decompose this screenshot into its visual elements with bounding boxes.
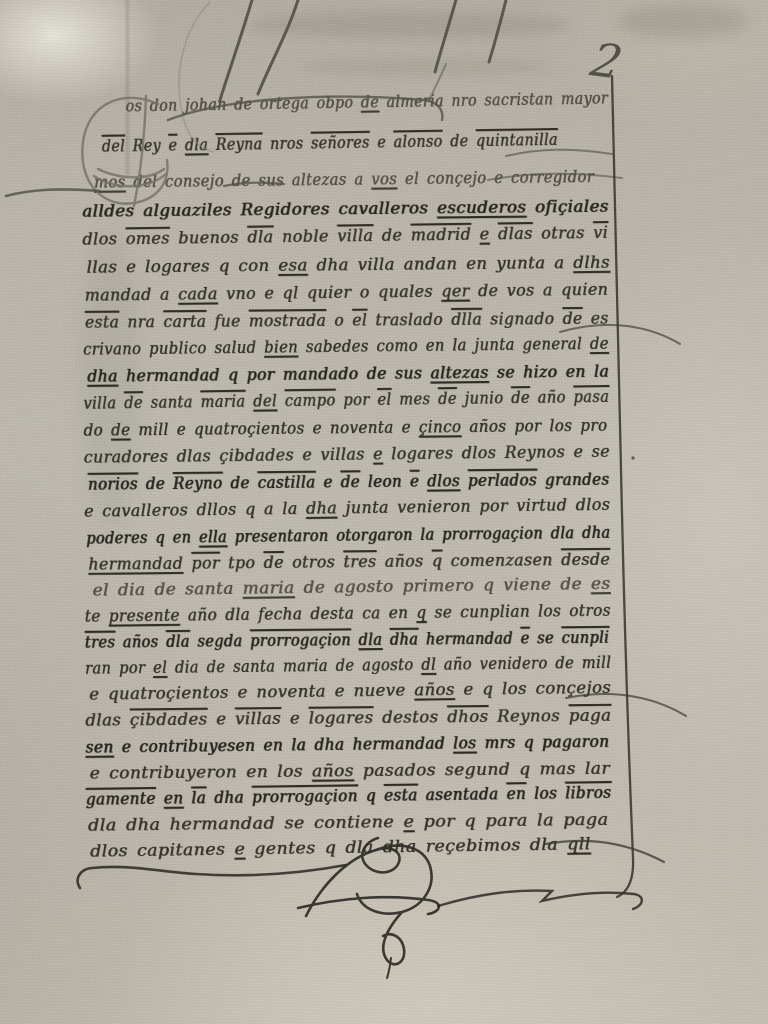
manuscript-word: e	[312, 419, 322, 438]
manuscript-word: junta	[345, 498, 389, 518]
manuscript-line: el dia de santa maria de agosto primero …	[92, 575, 610, 600]
manuscript-word: hermandad	[126, 366, 220, 386]
manuscript-line: mos del consejo de sus altezas a vos el …	[94, 168, 594, 192]
manuscript-word: dlos	[462, 443, 497, 462]
manuscript-word: en	[164, 789, 184, 808]
manuscript-word: fue	[214, 312, 240, 331]
manuscript-word: en	[263, 736, 283, 755]
manuscript-word: Reyna	[215, 134, 262, 154]
manuscript-word: prorrogaçion	[442, 524, 543, 544]
manuscript-word: santa	[150, 392, 192, 412]
manuscript-word: Rey	[132, 136, 161, 155]
manuscript-line: dha hermandad q por mandado de sus altez…	[87, 363, 609, 386]
manuscript-word: sen	[85, 738, 113, 757]
manuscript-word: se	[284, 813, 305, 832]
manuscript-word: por	[343, 390, 370, 409]
manuscript-word: dlos	[575, 495, 610, 514]
manuscript-word: ca	[362, 603, 381, 622]
manuscript-word: os	[125, 96, 142, 115]
manuscript-word: santa	[185, 579, 234, 599]
manuscript-word: do	[83, 421, 103, 440]
manuscript-word: vos	[371, 169, 397, 188]
manuscript-word: q	[324, 838, 336, 857]
manuscript-word: desde	[561, 550, 610, 569]
manuscript-word: q	[464, 811, 476, 830]
manuscript-word: logares	[309, 708, 374, 728]
manuscript-word: libros	[565, 783, 611, 803]
manuscript-word: signado	[490, 309, 554, 329]
manuscript-word: de	[146, 474, 166, 493]
manuscript-word: años	[414, 680, 455, 700]
manuscript-word: por	[514, 416, 541, 435]
manuscript-word: qer	[441, 281, 470, 300]
manuscript-word: prorrogaçion	[252, 786, 358, 806]
manuscript-word: bien	[264, 337, 298, 356]
manuscript-word: a	[554, 253, 564, 272]
manuscript-word: çibdades	[219, 445, 294, 465]
manuscript-word: por	[246, 365, 274, 384]
manuscript-word: los	[502, 679, 527, 698]
manuscript-word: de	[562, 309, 582, 328]
manuscript-word: dlas	[498, 224, 533, 243]
manuscript-word: tres	[343, 552, 376, 571]
manuscript-word: e	[323, 472, 332, 491]
manuscript-word: sacristan	[484, 89, 553, 109]
manuscript-word: gentes	[254, 838, 316, 858]
manuscript-word: por	[423, 812, 455, 831]
manuscript-word: ortega	[260, 94, 310, 114]
manuscript-word: dla	[247, 227, 273, 246]
manuscript-word: mostrada	[249, 311, 326, 331]
manuscript-word: campo	[285, 391, 336, 411]
manuscript-word: vno	[226, 284, 256, 303]
manuscript-word: cunpli	[561, 628, 609, 647]
manuscript-word: dha	[87, 367, 118, 386]
manuscript-word: çibdades	[130, 710, 208, 730]
manuscript-word: de	[367, 364, 387, 383]
manuscript-word: pro	[580, 416, 607, 435]
manuscript-word: contribuyeron	[109, 762, 237, 782]
manuscript-word: dla	[88, 815, 117, 834]
manuscript-line: poderes q en ella presentaron otorgaron …	[86, 524, 610, 548]
manuscript-word: a	[264, 499, 274, 518]
manuscript-word: sus	[258, 171, 284, 190]
manuscript-word: de	[511, 388, 530, 407]
manuscript-word: e	[89, 685, 99, 704]
manuscript-word: del	[102, 136, 126, 155]
manuscript-line: te presente año dla fecha desta ca en q …	[85, 602, 611, 626]
manuscript-word: cavalleros	[338, 199, 428, 219]
manuscript-word: noble	[282, 227, 329, 247]
manuscript-word: por	[191, 554, 220, 573]
manuscript-word: los	[277, 762, 303, 781]
manuscript-word: tres	[85, 633, 115, 652]
manuscript-word: q	[366, 786, 376, 805]
manuscript-word: hermandad	[352, 734, 445, 754]
manuscript-word: la	[282, 499, 298, 518]
manuscript-word: q	[482, 680, 493, 699]
manuscript-word: de	[154, 580, 176, 599]
manuscript-word: dha	[214, 788, 244, 807]
manuscript-word: para	[485, 811, 528, 830]
manuscript-word: de	[231, 171, 250, 190]
manuscript-word: villa	[337, 226, 373, 245]
manuscript-word: sabedes	[306, 337, 369, 357]
manuscript-word: noventa	[330, 418, 394, 438]
manuscript-word: años	[312, 761, 354, 780]
manuscript-word: esa	[278, 256, 308, 275]
manuscript-word: e	[573, 442, 583, 461]
manuscript-word: paga	[563, 810, 608, 830]
manuscript-word: en	[246, 762, 268, 781]
manuscript-line: alldes alguaziles Regidores cavalleros e…	[82, 198, 609, 221]
manuscript-word: e	[520, 629, 529, 648]
manuscript-word: la	[191, 788, 206, 807]
manuscript-word: reçebimos	[426, 835, 521, 855]
manuscript-word: paga	[569, 706, 612, 725]
manuscript-line: dlos capitanes e gentes q dla dha reçebi…	[90, 835, 591, 861]
manuscript-word: te	[85, 607, 101, 626]
manuscript-word: los	[549, 416, 572, 435]
manuscript-word: santa	[233, 657, 275, 676]
manuscript-word: la	[452, 335, 467, 354]
manuscript-word: o	[334, 311, 344, 330]
manuscript-word: mos	[94, 172, 126, 191]
manuscript-word: q	[483, 576, 495, 595]
manuscript-word: e	[168, 136, 177, 155]
manuscript-word: años	[123, 632, 159, 651]
manuscript-line: e contribuyeron en los años pasados segu…	[90, 760, 610, 783]
manuscript-word: dl	[421, 655, 436, 674]
manuscript-word: cavalleros	[102, 500, 188, 520]
manuscript-word: conçejo	[427, 168, 487, 188]
manuscript-word: primero	[402, 576, 474, 596]
manuscript-word: el	[377, 390, 391, 409]
manuscript-word: del	[133, 172, 157, 191]
manuscript-line: do de mill e quatroçientos e noventa e ç…	[83, 417, 607, 440]
manuscript-word: publico	[149, 338, 207, 358]
manuscript-word: altezas	[430, 363, 488, 383]
manuscript-word: años	[385, 552, 424, 571]
manuscript-word: el	[405, 169, 419, 188]
manuscript-word: pagaron	[542, 732, 610, 752]
manuscript-word: contiene	[314, 812, 394, 832]
manuscript-line: dla dha hermandad se contiene e por q pa…	[88, 811, 609, 835]
manuscript-word: e	[89, 764, 100, 783]
manuscript-word: e	[122, 737, 132, 756]
manuscript-word: dla	[550, 523, 574, 542]
manuscript-word: e	[403, 812, 414, 831]
manuscript-line: ran por el dia de santa maria de agosto …	[85, 654, 611, 678]
manuscript-word: con	[238, 256, 269, 275]
manuscript-word: año	[188, 605, 218, 624]
manuscript-word: e	[234, 840, 245, 859]
manuscript-word: leon	[368, 472, 402, 491]
manuscript-line: e quatroçientos e noventa e nueve años e…	[89, 679, 611, 704]
manuscript-word: a	[160, 285, 170, 304]
manuscript-word: buenos	[178, 228, 239, 248]
manuscript-word: salud	[214, 338, 256, 357]
manuscript-word: ran	[85, 659, 112, 678]
manuscript-word: e	[401, 418, 411, 437]
manuscript-line: norios de Reyno de castilla e de leon e …	[88, 471, 610, 494]
manuscript-word: quatroçientos	[194, 419, 305, 439]
manuscript-text-block: os don johan de ortega obpo de almeria n…	[0, 0, 768, 1024]
manuscript-word: e	[216, 709, 226, 728]
manuscript-photo: 2 os don johan de ortega obpo de almeria…	[0, 0, 768, 1024]
manuscript-word: q	[218, 256, 229, 275]
manuscript-word: qll	[567, 834, 591, 853]
manuscript-word: el	[153, 658, 167, 677]
manuscript-word: alonso	[393, 132, 442, 152]
manuscript-word: grandes	[545, 470, 610, 490]
manuscript-word: dla	[530, 835, 559, 854]
manuscript-word: señores	[311, 133, 370, 153]
manuscript-word: se	[497, 363, 515, 382]
manuscript-word: e	[290, 709, 300, 728]
manuscript-word: el	[92, 581, 109, 600]
manuscript-line: dlos omes buenos dla noble villa de madr…	[82, 224, 608, 249]
manuscript-word: en	[172, 528, 191, 547]
manuscript-word: e	[177, 420, 187, 439]
manuscript-word: nra	[127, 312, 155, 331]
manuscript-word: norios	[88, 474, 138, 493]
manuscript-word: de	[382, 226, 403, 245]
manuscript-word: por	[119, 658, 146, 677]
manuscript-word: de	[361, 92, 380, 111]
manuscript-word: año	[537, 388, 565, 407]
manuscript-word: dha	[383, 837, 417, 857]
manuscript-word: general	[522, 334, 582, 354]
manuscript-line: sen e contribuyesen en la dha hermandad …	[85, 733, 609, 757]
manuscript-word: junta	[474, 335, 514, 354]
manuscript-word: la	[537, 811, 554, 830]
manuscript-word: mandad	[85, 285, 152, 305]
manuscript-word: fecha	[258, 604, 302, 623]
manuscript-word: segund	[445, 760, 510, 780]
manuscript-word: quintanilla	[476, 130, 558, 150]
manuscript-word: el	[352, 311, 367, 330]
manuscript-word: de	[124, 393, 143, 412]
manuscript-word: dlla	[451, 310, 482, 329]
manuscript-word: otras	[541, 223, 585, 243]
manuscript-word: dia	[118, 580, 146, 599]
manuscript-word: q	[228, 365, 239, 384]
manuscript-line: mandad a cada vno e ql quier o quales qe…	[85, 281, 609, 305]
manuscript-word: dlos	[82, 229, 117, 248]
manuscript-word: los	[534, 784, 557, 803]
manuscript-word: escuderos	[437, 198, 526, 218]
manuscript-word: lar	[585, 759, 610, 778]
manuscript-word: la	[291, 735, 306, 754]
manuscript-word: villas	[235, 709, 281, 728]
manuscript-word: cunplian	[460, 602, 530, 622]
manuscript-word: q	[524, 733, 534, 752]
manuscript-word: los	[453, 733, 477, 752]
manuscript-word: llas	[86, 258, 117, 277]
manuscript-word: venieron	[397, 497, 471, 517]
manuscript-word: q	[416, 603, 426, 622]
manuscript-word: maria	[242, 578, 294, 598]
manuscript-word: quier	[307, 283, 352, 303]
manuscript-word: asentada	[425, 784, 498, 804]
manuscript-line: e cavalleros dllos q a la dha junta veni…	[84, 496, 610, 521]
manuscript-word: çinco	[419, 417, 462, 436]
manuscript-word: e	[410, 472, 419, 491]
manuscript-word: q	[155, 528, 165, 547]
manuscript-word: dha	[316, 255, 349, 274]
manuscript-word: dha	[306, 499, 337, 518]
manuscript-word: dhos	[447, 707, 488, 726]
manuscript-line: tres años dla segda prorrogaçion dla dha…	[85, 629, 609, 652]
manuscript-word: de	[560, 574, 582, 593]
manuscript-word: dha	[582, 523, 611, 542]
manuscript-word: curadores	[84, 447, 169, 467]
manuscript-word: de	[335, 656, 354, 675]
manuscript-word: johan	[185, 95, 227, 115]
manuscript-word: de	[478, 281, 499, 300]
manuscript-word: quien	[561, 280, 608, 300]
manuscript-word: quales	[378, 282, 433, 302]
manuscript-word: q	[519, 760, 531, 779]
manuscript-word: almeria	[386, 91, 444, 111]
manuscript-word: vi	[593, 223, 608, 242]
manuscript-word: crivano	[83, 339, 141, 359]
manuscript-word: Regidores	[240, 199, 329, 219]
manuscript-word: q	[245, 500, 256, 519]
manuscript-word: maria	[200, 392, 245, 412]
manuscript-word: mas	[539, 759, 576, 778]
manuscript-word: poderes	[86, 528, 148, 548]
manuscript-word: tpo	[228, 553, 255, 572]
manuscript-word: la	[594, 362, 609, 381]
manuscript-word: junio	[464, 388, 503, 408]
manuscript-word: otorgaron	[336, 525, 413, 545]
manuscript-word: consejo	[165, 171, 224, 191]
manuscript-word: e	[479, 225, 489, 244]
manuscript-line: curadores dlas çibdades e villas e logar…	[84, 443, 610, 467]
manuscript-word: virtud	[516, 496, 567, 516]
manuscript-word: hermandad	[88, 554, 183, 574]
manuscript-word: andan	[403, 254, 457, 274]
manuscript-word: comenzasen	[451, 550, 553, 570]
manuscript-word: noventa	[256, 682, 326, 702]
manuscript-word: de	[263, 553, 283, 572]
manuscript-word: viene	[503, 575, 551, 595]
manuscript-word: e	[126, 257, 136, 276]
manuscript-word: de	[340, 472, 360, 491]
manuscript-word: ofiçiales	[535, 197, 609, 217]
manuscript-word: en	[566, 362, 586, 381]
manuscript-word: perlados	[468, 470, 537, 490]
manuscript-word: otros	[569, 601, 611, 620]
manuscript-word: carta	[163, 312, 206, 331]
manuscript-word: mandado	[283, 364, 359, 384]
manuscript-word: presentaron	[235, 526, 329, 546]
manuscript-line: esta nra carta fue mostrada o el traslad…	[85, 310, 609, 332]
manuscript-word: mill	[138, 420, 169, 439]
manuscript-word: conçejos	[535, 678, 611, 698]
manuscript-word: omes	[126, 229, 170, 249]
manuscript-word: e	[237, 683, 247, 702]
manuscript-word: esta	[384, 785, 418, 804]
manuscript-line: os don johan de ortega obpo de almeria n…	[125, 90, 608, 116]
manuscript-word: obpo	[316, 93, 353, 113]
manuscript-word: castilla	[257, 473, 315, 493]
manuscript-word: altezas	[292, 170, 347, 190]
manuscript-word: hermandad	[426, 629, 513, 649]
manuscript-line: villa de santa maria del campo por el me…	[83, 388, 609, 413]
manuscript-word: presente	[109, 606, 180, 626]
manuscript-word: años	[469, 417, 506, 436]
manuscript-word: por	[479, 496, 508, 515]
manuscript-word: de	[234, 94, 253, 113]
manuscript-word: en	[388, 603, 408, 622]
manuscript-line: gamente en la dha prorrogaçion q esta as…	[86, 784, 612, 809]
manuscript-word: Reynos	[497, 706, 560, 726]
manuscript-word: dha	[314, 735, 344, 754]
manuscript-word: de	[230, 473, 250, 492]
manuscript-word: e	[334, 681, 344, 700]
manuscript-word: e	[302, 445, 312, 464]
manuscript-word: se	[591, 442, 610, 461]
manuscript-word: alguaziles	[143, 200, 232, 220]
manuscript-word: alldes	[82, 201, 134, 221]
manuscript-word: dlos	[427, 471, 460, 490]
manuscript-line: dlas çibdades e villas e logares destos …	[85, 707, 611, 730]
manuscript-word: quatroçientos	[108, 683, 229, 704]
manuscript-word: Reyno	[173, 474, 223, 493]
manuscript-word: de	[438, 389, 457, 408]
manuscript-word: gamente	[86, 789, 156, 809]
manuscript-word: dlhs	[573, 253, 610, 272]
manuscript-word: en	[426, 336, 445, 355]
manuscript-word: pasa	[573, 387, 609, 406]
manuscript-word: capitanes	[137, 840, 226, 860]
manuscript-word: e	[494, 168, 503, 187]
manuscript-word: se	[434, 603, 452, 622]
manuscript-word: nueve	[353, 681, 405, 701]
manuscript-word: destos	[382, 707, 439, 727]
manuscript-word: o	[360, 283, 370, 302]
manuscript-word: a	[354, 170, 363, 189]
manuscript-word: segda	[197, 631, 242, 650]
manuscript-word: desta	[310, 604, 354, 623]
manuscript-word: hizo	[523, 362, 557, 381]
manuscript-word: yunta	[496, 253, 546, 272]
manuscript-word: villa	[83, 393, 116, 412]
manuscript-word: traslado	[375, 310, 443, 330]
manuscript-word: maria	[283, 656, 328, 676]
manuscript-word: de	[450, 131, 469, 150]
manuscript-word: ella	[199, 527, 227, 546]
manuscript-word: dla	[166, 632, 190, 651]
manuscript-word: los	[538, 601, 561, 620]
manuscript-word: dlas	[85, 710, 121, 729]
manuscript-word: a	[543, 281, 553, 300]
manuscript-word: mes	[399, 389, 430, 408]
manuscript-word: de	[555, 653, 574, 672]
manuscript-word: de	[111, 420, 131, 439]
manuscript-word: en	[506, 784, 526, 803]
manuscript-line: del Rey e dla Reyna nros señores e alons…	[102, 131, 558, 156]
manuscript-word: corregidor	[511, 167, 594, 187]
manuscript-word: e	[373, 444, 383, 463]
manuscript-word: dla	[225, 605, 250, 624]
manuscript-word: otros	[292, 552, 335, 571]
manuscript-word: vos	[506, 281, 534, 300]
manuscript-word: es	[591, 309, 609, 328]
